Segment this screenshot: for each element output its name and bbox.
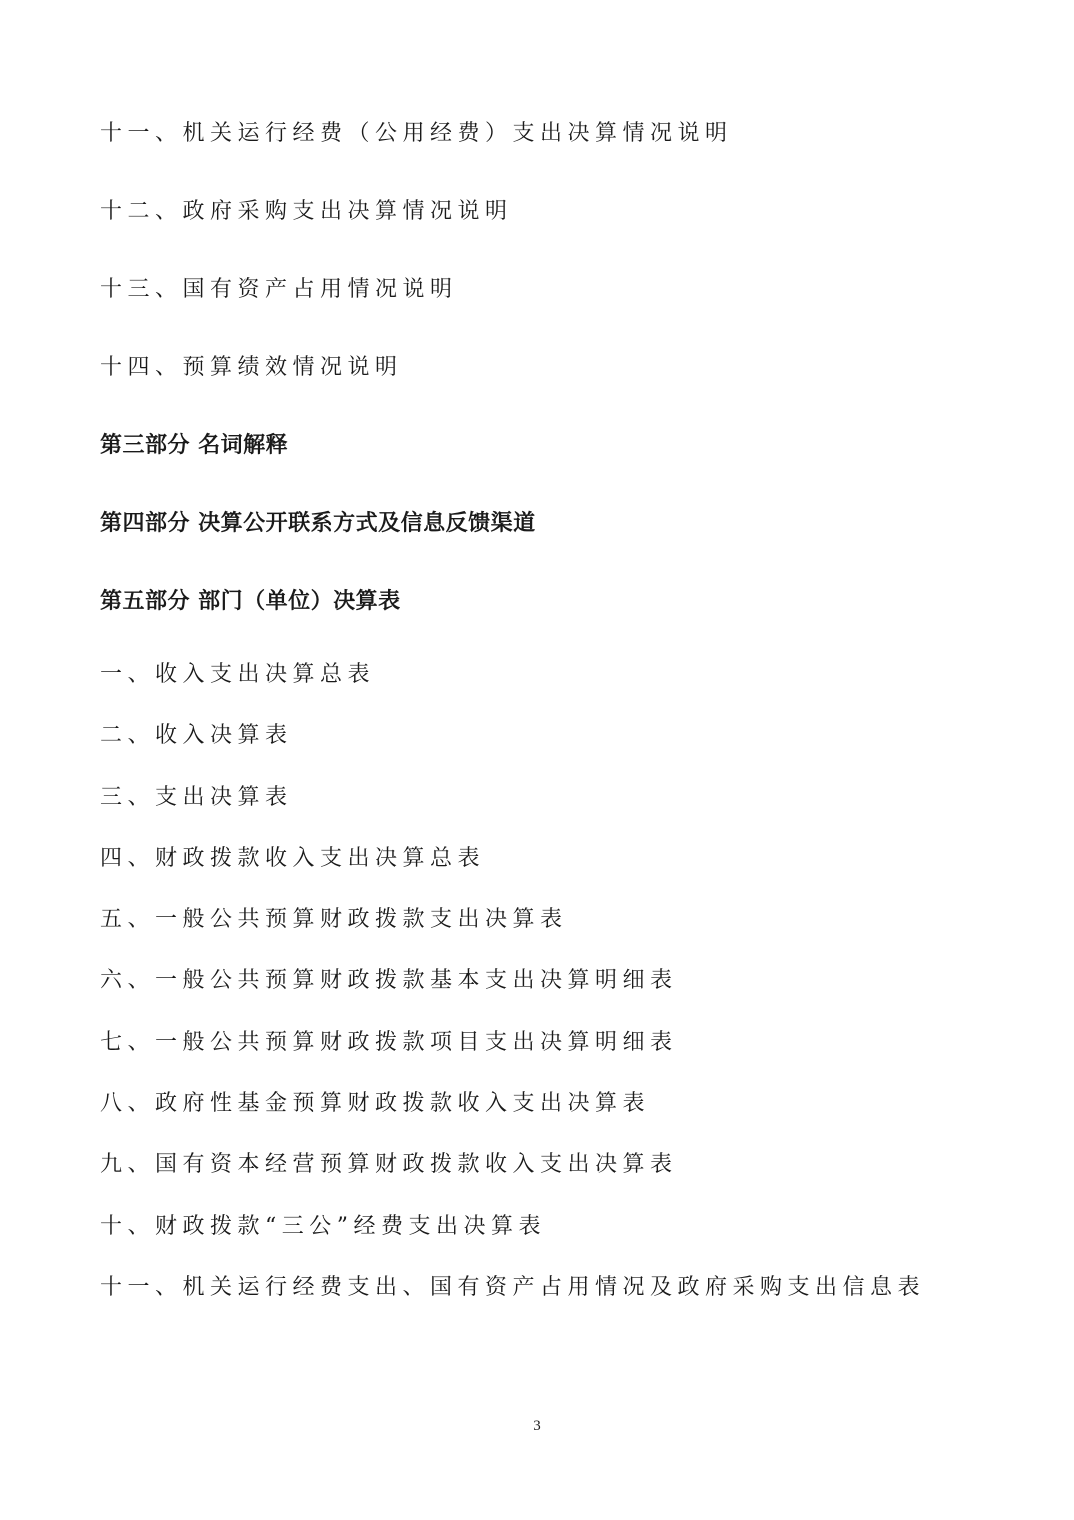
toc-item: 二、收入决算表 (100, 718, 293, 749)
toc-item: 九、国有资本经营预算财政拨款收入支出决算表 (100, 1147, 678, 1178)
toc-item: 十二、政府采购支出决算情况说明 (100, 194, 513, 225)
toc-item: 一、收入支出决算总表 (100, 657, 375, 688)
toc-item: 六、一般公共预算财政拨款基本支出决算明细表 (100, 963, 678, 994)
toc-item: 十四、预算绩效情况说明 (100, 350, 403, 381)
toc-item: 五、一般公共预算财政拨款支出决算表 (100, 902, 568, 933)
toc-item: 四、财政拨款收入支出决算总表 (100, 841, 485, 872)
toc-item: 七、一般公共预算财政拨款项目支出决算明细表 (100, 1025, 678, 1056)
toc-item: 十一、机关运行经费（公用经费）支出决算情况说明 (100, 116, 733, 147)
page-number: 3 (0, 1418, 1074, 1435)
section-heading-part3: 第三部分 名词解释 (100, 428, 288, 459)
toc-item: 十一、机关运行经费支出、国有资产占用情况及政府采购支出信息表 (100, 1270, 925, 1301)
toc-item: 三、支出决算表 (100, 780, 293, 811)
toc-item: 八、政府性基金预算财政拨款收入支出决算表 (100, 1086, 650, 1117)
toc-item: 十三、国有资产占用情况说明 (100, 272, 458, 303)
section-heading-part4: 第四部分 决算公开联系方式及信息反馈渠道 (100, 506, 536, 537)
toc-item: 十、财政拨款“三公”经费支出决算表 (100, 1209, 546, 1240)
section-heading-part5: 第五部分 部门（单位）决算表 (100, 584, 401, 615)
